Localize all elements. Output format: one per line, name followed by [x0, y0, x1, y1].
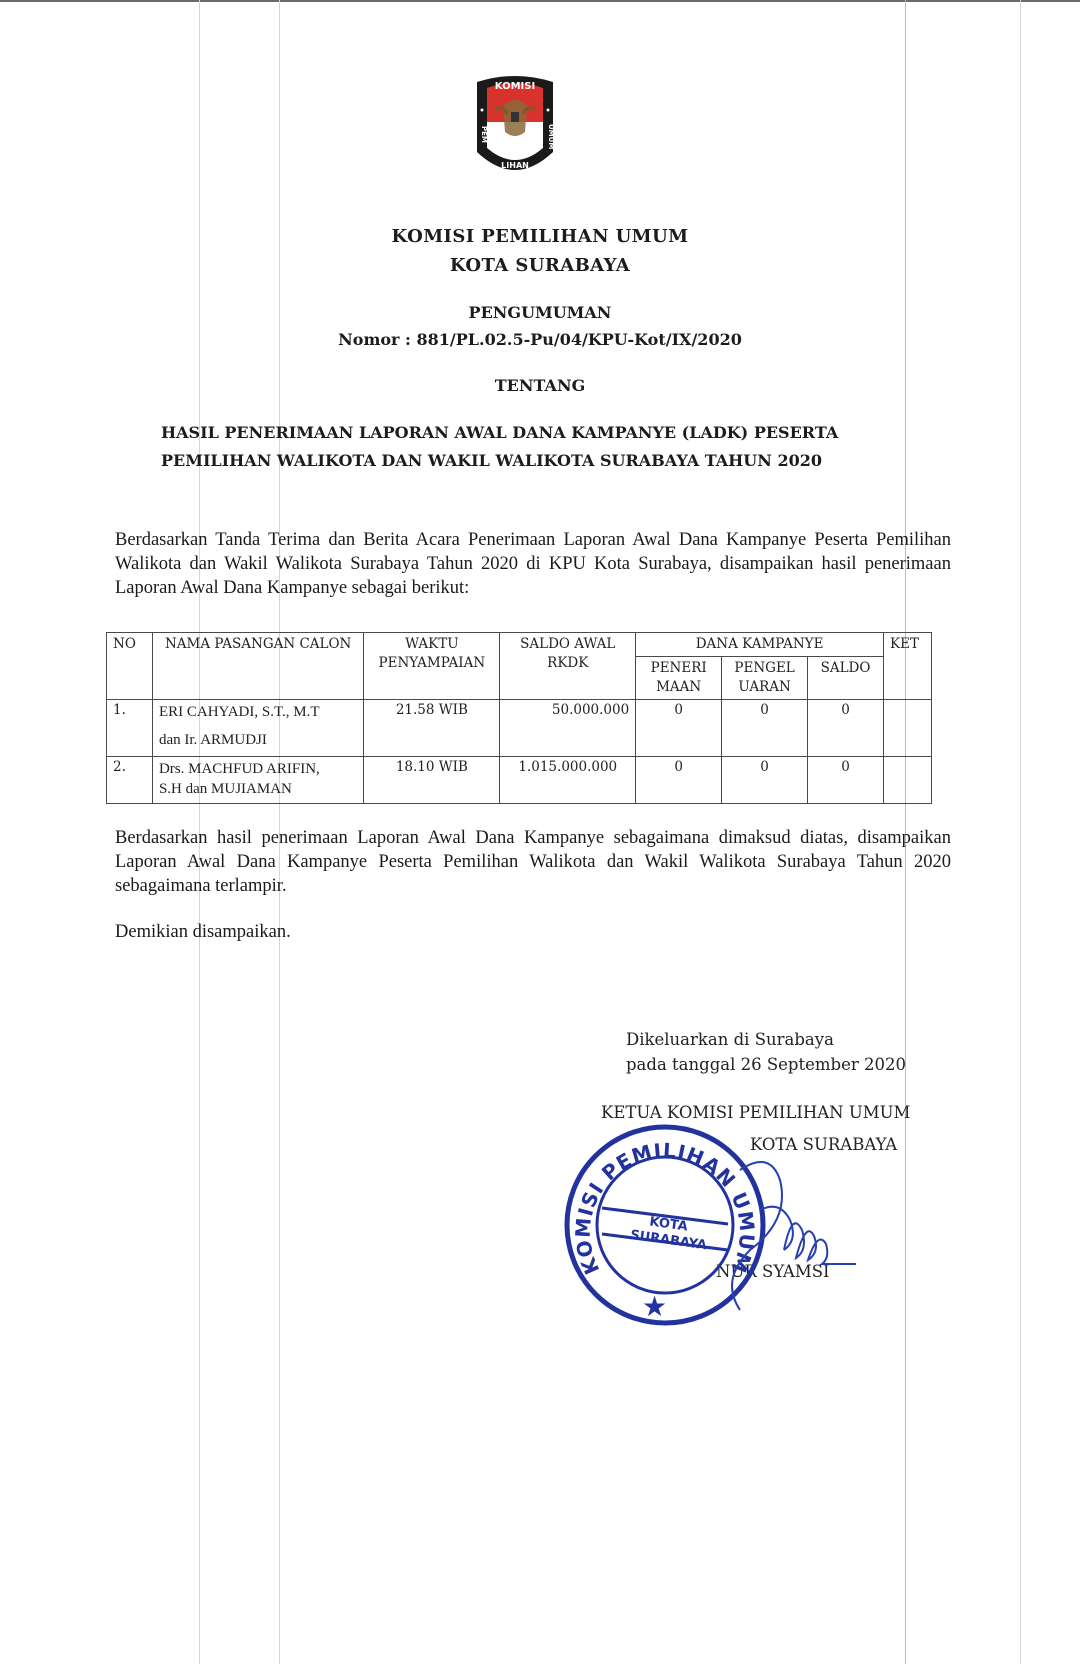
subject-line-1: HASIL PENERIMAAN LAPORAN AWAL DANA KAMPA…: [161, 423, 838, 442]
cell-saldo: 0: [808, 757, 884, 804]
cell-expense: 0: [722, 700, 808, 757]
svg-text:★: ★: [642, 1290, 667, 1323]
end-statement: Demikian disampaikan.: [115, 920, 951, 944]
header-time: WAKTU PENYAMPAIAN: [364, 633, 500, 700]
cell-time: 21.58 WIB: [364, 700, 500, 757]
header-balance: SALDO AWAL RKDK: [500, 633, 636, 700]
candidate-name-line: S.H dan MUJIAMAN: [159, 781, 292, 797]
scan-top-edge: [0, 0, 1080, 2]
header-name: NAMA PASANGAN CALON: [152, 633, 363, 700]
candidate-name-line: dan Ir. ARMUDJI: [159, 730, 357, 750]
document-type: PENGUMUMAN: [0, 303, 1080, 322]
cell-balance: 1.015.000.000: [500, 757, 636, 804]
svg-text:UMUM: UMUM: [547, 124, 555, 149]
issued-place: Dikeluarkan di Surabaya: [626, 1030, 834, 1049]
cell-time: 18.10 WIB: [364, 757, 500, 804]
intro-paragraph: Berdasarkan Tanda Terima dan Berita Acar…: [115, 528, 951, 600]
subject-line-2: PEMILIHAN WALIKOTA DAN WAKIL WALIKOTA SU…: [161, 451, 822, 470]
cell-note: [884, 757, 932, 804]
header-saldo: SALDO: [808, 657, 884, 700]
svg-text:KOMISI: KOMISI: [495, 81, 535, 92]
cell-expense: 0: [722, 757, 808, 804]
cell-note: [884, 700, 932, 757]
closing-paragraph: Berdasarkan hasil penerimaan Laporan Awa…: [115, 826, 951, 898]
cell-name: Drs. MACHFUD ARIFIN, S.H dan MUJIAMAN: [152, 757, 363, 804]
header-note: KET: [884, 633, 932, 700]
kpu-logo-icon: KOMISI PEM LIHAN UMUM: [473, 74, 557, 180]
scan-artifact-line: [1020, 0, 1021, 1664]
table-row: 1. ERI CAHYADI, S.T., M.T dan Ir. ARMUDJ…: [107, 700, 932, 757]
handwritten-signature-icon: [680, 1140, 860, 1320]
about-label: TENTANG: [0, 376, 1080, 395]
cell-name: ERI CAHYADI, S.T., M.T dan Ir. ARMUDJI: [152, 700, 363, 757]
cell-income: 0: [636, 700, 722, 757]
header-expense: PENGEL UARAN: [722, 657, 808, 700]
document-number: Nomor : 881/PL.02.5-Pu/04/KPU-Kot/IX/202…: [0, 330, 1080, 349]
ladk-table: NO NAMA PASANGAN CALON WAKTU PENYAMPAIAN…: [106, 632, 932, 804]
header-no: NO: [107, 633, 153, 700]
org-city: KOTA SURABAYA: [0, 255, 1080, 276]
cell-saldo: 0: [808, 700, 884, 757]
cell-no: 2.: [107, 757, 153, 804]
cell-no: 1.: [107, 700, 153, 757]
svg-text:PEM: PEM: [480, 126, 488, 143]
table-row: 2. Drs. MACHFUD ARIFIN, S.H dan MUJIAMAN…: [107, 757, 932, 804]
candidate-name-line: Drs. MACHFUD ARIFIN,: [159, 761, 320, 777]
header-campaign-funds: DANA KAMPANYE: [636, 633, 884, 657]
org-name: KOMISI PEMILIHAN UMUM: [0, 226, 1080, 247]
svg-text:LIHAN: LIHAN: [501, 161, 529, 170]
candidate-name-line: ERI CAHYADI, S.T., M.T: [159, 702, 357, 722]
cell-balance: 50.000.000: [500, 700, 636, 757]
header-income: PENERI MAAN: [636, 657, 722, 700]
issued-date: pada tanggal 26 September 2020: [626, 1055, 906, 1074]
cell-income: 0: [636, 757, 722, 804]
